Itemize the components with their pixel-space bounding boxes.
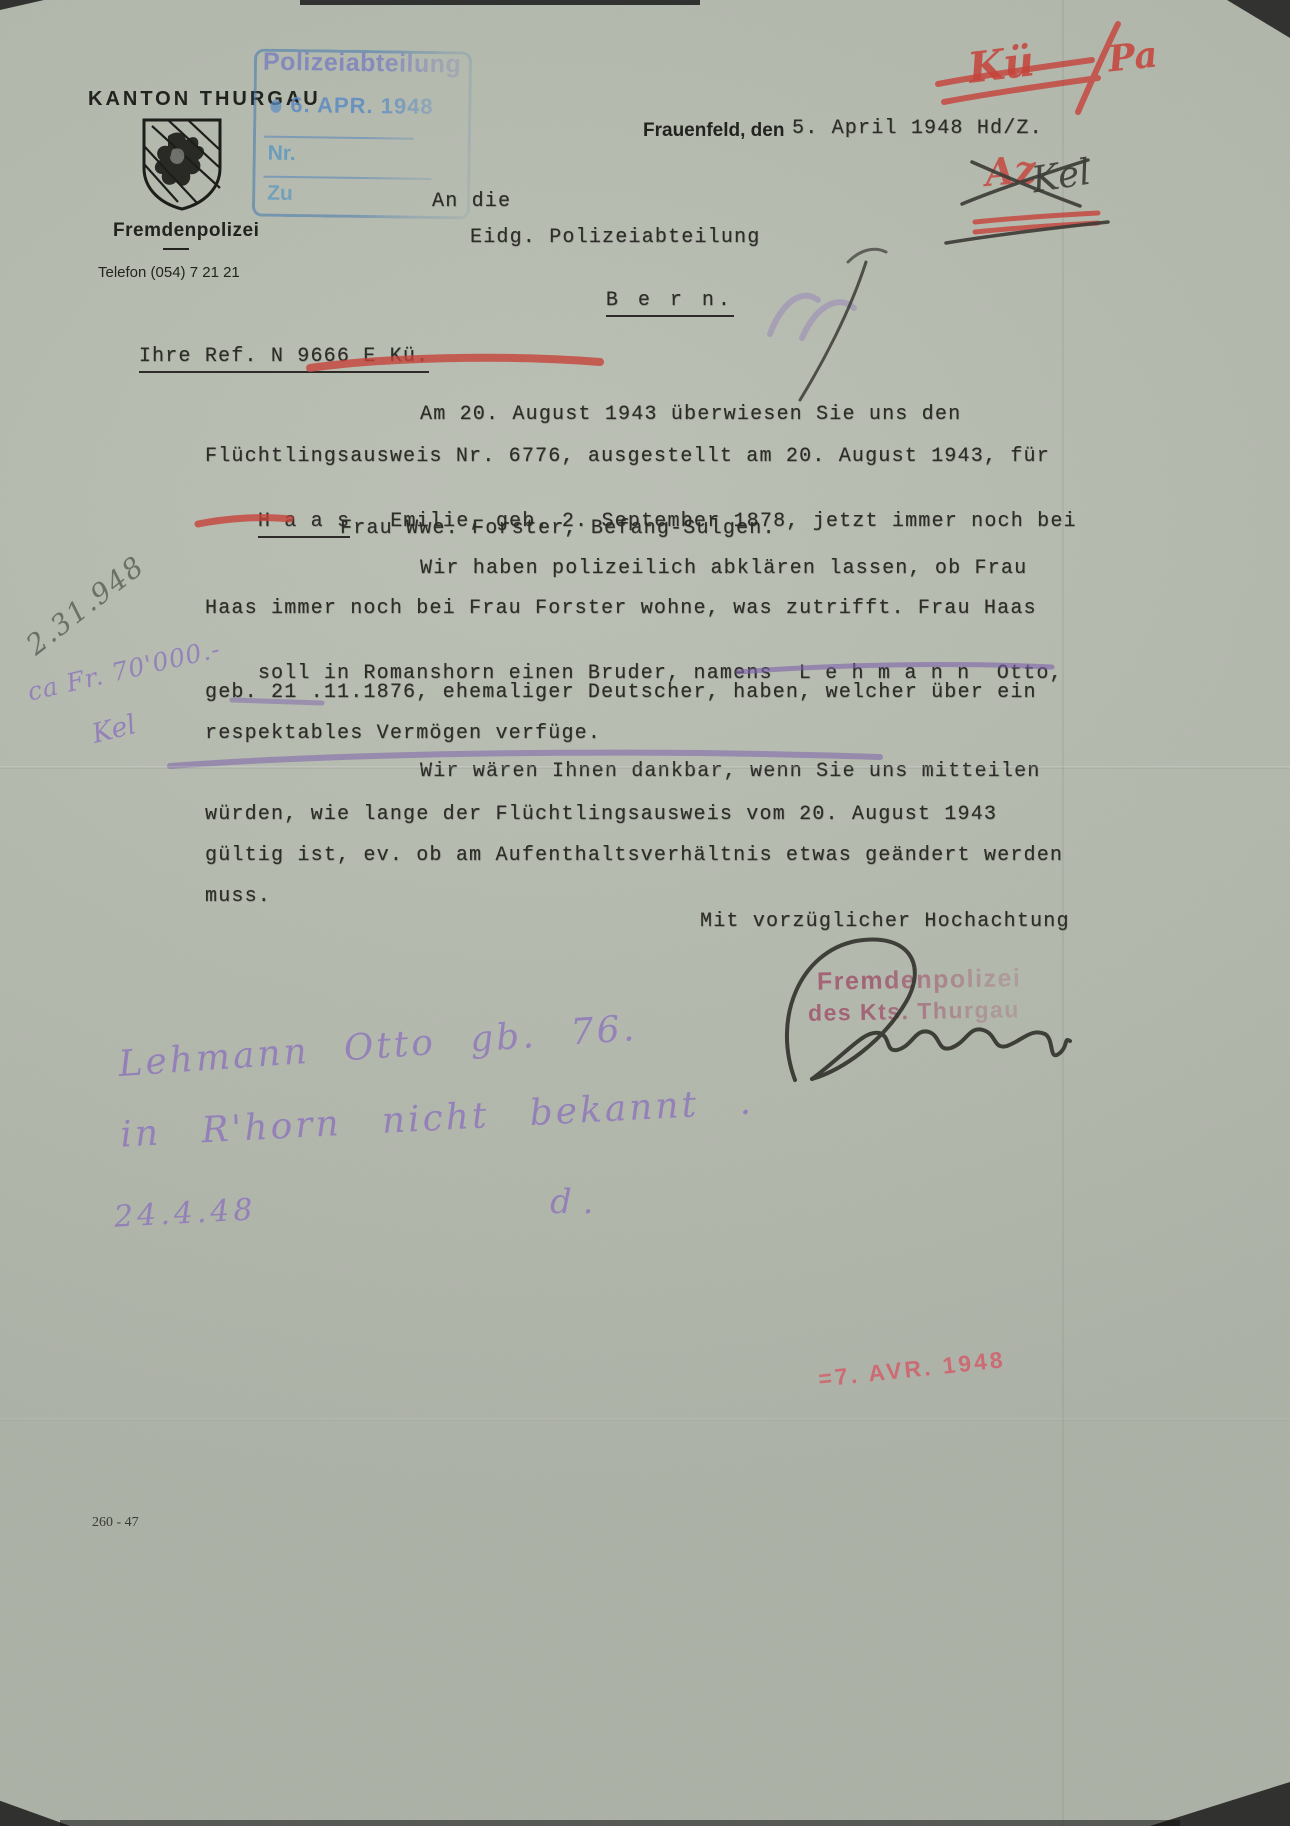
body-line: Wir haben polizeilich abklären lassen, o…: [420, 557, 1027, 580]
office-stamp-line-1: Fremdenpolizei: [817, 964, 1022, 997]
black-pen-tick: [848, 249, 886, 262]
paper-fold-crease: [0, 1418, 1290, 1421]
reply-initial: d .: [550, 1182, 593, 1222]
red-slash-initials: Pa: [1106, 34, 1160, 81]
pencil-date-note: 2.31.948: [20, 549, 151, 662]
dateline-place: Frauenfeld, den: [643, 120, 784, 142]
body-line: Wir wären Ihnen dankbar, wenn Sie uns mi…: [420, 760, 1041, 783]
paper-fold-crease: [0, 766, 1290, 769]
body-line: geb. 21 .11.1876, ehemaliger Deutscher, …: [205, 681, 1037, 704]
thurgau-coat-of-arms-icon: [138, 116, 226, 212]
body-line: Frau Wwe. Forster, Befang-Sulgen.: [340, 517, 776, 540]
reply-date: 24.4.48: [113, 1192, 257, 1234]
dateline-date: 5. April 1948 Hd/Z.: [792, 117, 1043, 140]
purple-registry-squiggle: [770, 296, 854, 338]
paper-crease-vertical: [1062, 0, 1064, 1826]
receipt-stamp-rule: [263, 176, 431, 180]
black-pen-slash: [800, 262, 866, 400]
letterhead-phone: Telefon (054) 7 21 21: [98, 264, 240, 281]
body-line: Haas immer noch bei Frau Forster wohne, …: [205, 597, 1037, 620]
receipt-stamp-zu-label: Zu: [267, 182, 293, 206]
receipt-stamp-date: 6. APR. 1948: [290, 92, 434, 120]
form-number: 260 - 47: [92, 1515, 139, 1531]
scan-edge-corner: [1200, 0, 1290, 38]
body-line: respektables Vermögen verfüge.: [205, 722, 601, 745]
recipient-city: B e r n.: [606, 289, 734, 317]
receipt-stamp-title: Polizeiabteilung: [263, 48, 462, 80]
scan-edge-top: [300, 0, 700, 5]
reply-line-2: in R'horn nicht bekannt .: [119, 1081, 754, 1155]
scanned-letter-page: KANTON THURGAU Fremdenpolizei Telefon (0…: [0, 0, 1290, 1826]
red-double-underline: [975, 213, 1098, 232]
recipient-line-1: An die: [432, 190, 511, 213]
body-line: Am 20. August 1943 überwiesen Sie uns de…: [420, 403, 961, 426]
recipient-line-2: Eidg. Polizeiabteilung: [470, 226, 760, 249]
reference-line: Ihre Ref. N 9666 E Kü.: [139, 345, 429, 373]
letterhead-office: Fremdenpolizei: [113, 220, 259, 242]
body-line: würden, wie lange der Flüchtlingsausweis…: [205, 803, 997, 826]
received-date-stamp: =7. AVR. 1948: [817, 1346, 1007, 1392]
closing-salutation: Mit vorzüglicher Hochachtung: [700, 910, 1070, 933]
receipt-stamp-rule: [264, 136, 414, 140]
receipt-stamp-nr-label: Nr.: [268, 142, 296, 166]
scan-edge-bottom: [60, 1820, 1180, 1826]
body-line: gültig ist, ev. ob am Aufenthaltsverhält…: [205, 844, 1063, 867]
letterhead-divider: [163, 248, 189, 250]
body-name-haas: H a a s: [258, 510, 350, 538]
amount-initials: Kel: [89, 709, 139, 750]
receipt-stamp-mark: [270, 100, 281, 113]
reply-line-1: Lehmann Otto gb. 76.: [117, 1008, 638, 1085]
body-line: muss.: [205, 885, 271, 908]
office-stamp-line-2: des Kts. Thurgau: [808, 996, 1020, 1027]
scan-edge-corner: [0, 0, 44, 10]
red-initials-crossed: Kü: [965, 36, 1037, 93]
body-line: Flüchtlingsausweis Nr. 6776, ausgestellt…: [205, 445, 1050, 468]
